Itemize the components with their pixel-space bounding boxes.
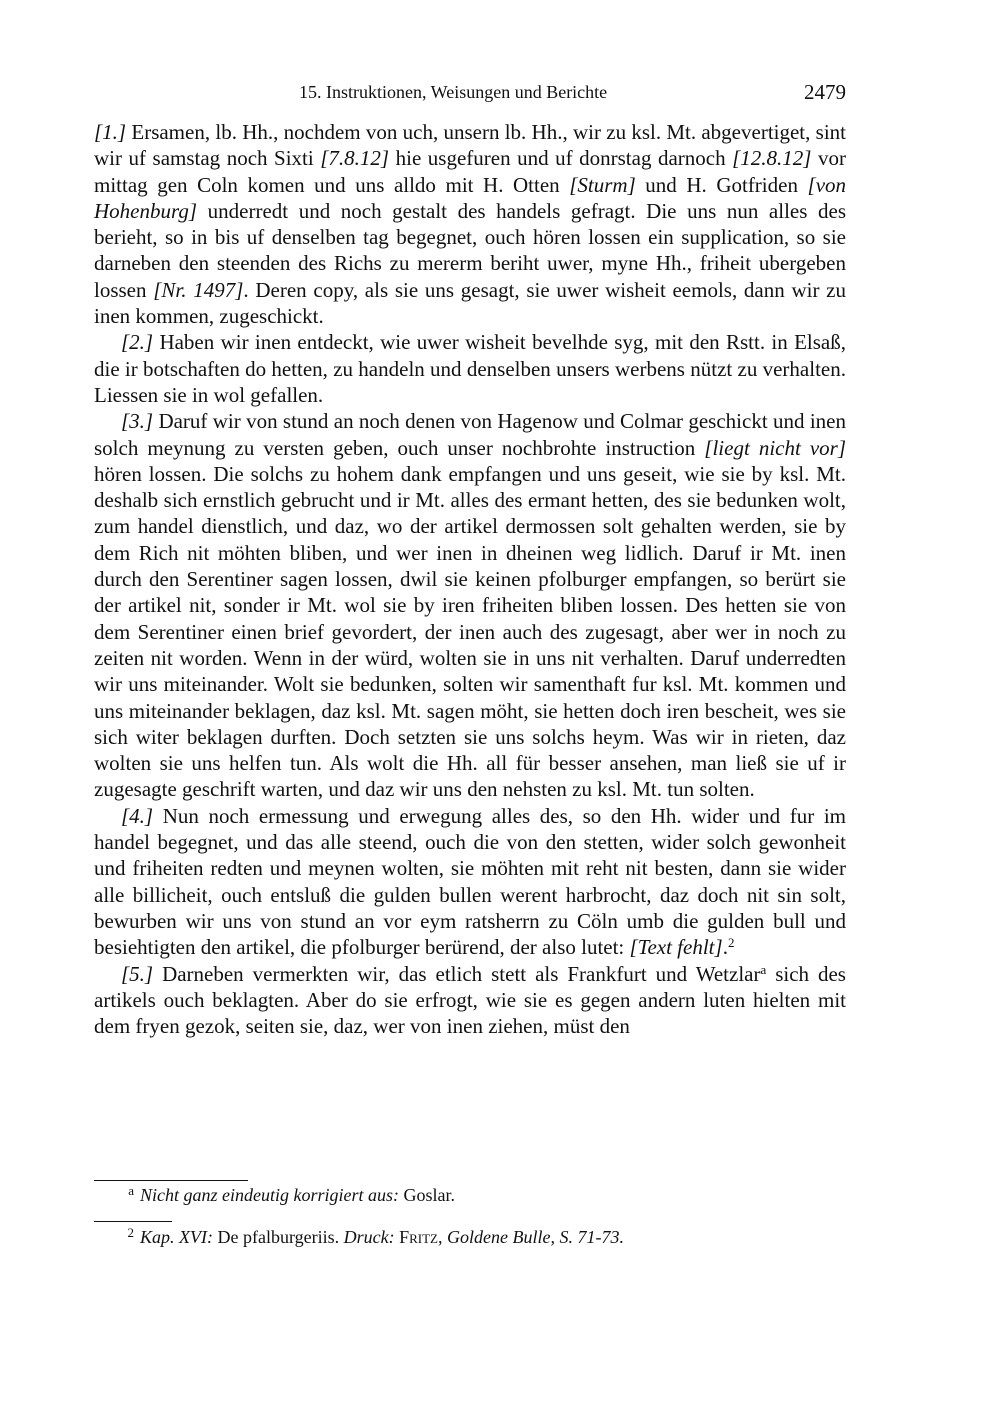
text-segment: Haben wir inen entdeckt, wie uwer wishei… [94,330,846,407]
footnote-commentary: 2Kap. XVI: De pfalburgeriis. Druck: Frit… [94,1225,846,1248]
text-segment: [Text fehlt] [630,935,723,959]
paragraph-marker: [3.] [121,409,153,433]
footnote-ref: 2 [728,935,735,950]
paragraph-marker: [2.] [121,330,153,354]
text-segment: und H. Gotfriden [636,173,808,197]
footnote-critical: aNicht ganz eindeutig korrigiert aus: Go… [94,1183,846,1206]
text-segment: hören lossen. Die solchs zu hohem dank e… [94,462,846,802]
footnote-kap: Kap. XVI: [140,1227,213,1247]
text-segment: [liegt nicht vor] [704,436,846,460]
paragraph-marker: [1.] [94,120,126,144]
paragraph-4: [4.] Nun noch ermessung und erwegung all… [94,803,846,961]
footnote-text: Goslar. [399,1185,455,1205]
paragraph-1: [1.] Ersamen, lb. Hh., nochdem von uch, … [94,119,846,329]
paragraph-5: [5.] Darneben vermerkten wir, das etlich… [94,961,846,1040]
text-segment: [7.8.12] [320,146,389,170]
footnote-label: Nicht ganz eindeutig korrigiert aus: [140,1185,399,1205]
text-segment: hie usgefuren und uf donrstag darnoch [389,146,732,170]
footnote-title: , Goldene Bulle, S. 71-73. [438,1227,624,1247]
paragraph-2: [2.] Haben wir inen entdeckt, wie uwer w… [94,329,846,408]
running-header: 15. Instruktionen, Weisungen und Bericht… [94,80,846,106]
footnote-rule-commentary [94,1221,172,1222]
footnote-author: Fritz [395,1227,438,1247]
paragraph-marker: [4.] [121,804,153,828]
text-segment: [12.8.12] [732,146,811,170]
text-segment: [Sturm] [569,173,636,197]
footnote-rule-critical [94,1180,248,1181]
main-text: [1.] Ersamen, lb. Hh., nochdem von uch, … [94,119,846,1039]
footnote-mark: 2 [94,1225,140,1241]
text-segment: [Nr. 1497] [153,278,243,302]
paragraph-3: [3.] Daruf wir von stund an noch denen v… [94,408,846,802]
footnote-text: De pfalburgeriis. [213,1227,344,1247]
footnote-druck: Druck: [344,1227,395,1247]
running-title: 15. Instruktionen, Weisungen und Bericht… [299,82,607,103]
page-number: 2479 [804,80,846,105]
footnote-mark: a [94,1183,140,1199]
paragraph-marker: [5.] [121,962,153,986]
text-segment: Darneben vermerkten wir, das etlich stet… [153,962,760,986]
